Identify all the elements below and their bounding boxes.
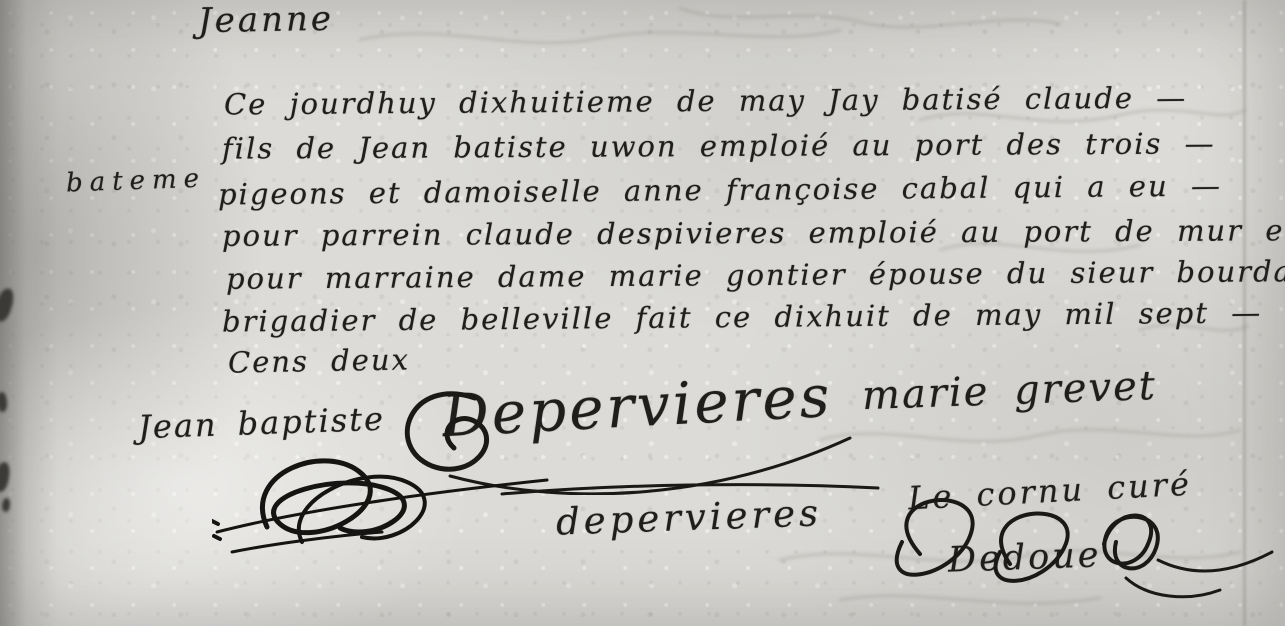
record-line: fils de Jean batiste uwon emploié au por…: [222, 126, 1216, 165]
record-line: pour marraine dame marie gontier épouse …: [226, 254, 1285, 295]
signature-depervieres-small: depervieres: [555, 491, 822, 543]
paper-edge-mark: [2, 498, 10, 512]
paper-edge-mark: [0, 391, 8, 412]
paper-edge-mark: [0, 287, 15, 324]
record-line: pour parrein claude despivieres emploié …: [222, 213, 1285, 253]
signature-marie-grevet: marie grevet: [861, 363, 1157, 419]
signature-depervieres-large: Depervieres: [440, 362, 833, 450]
signature-cure-paraph-name: Dedoue: [947, 535, 1102, 580]
record-line: pigeons et damoiselle anne françoise cab…: [218, 169, 1222, 212]
record-line: brigadier de belleville fait ce dixhuit …: [222, 295, 1262, 338]
record-line: Ce jourdhuy dixhuitieme de may Jay batis…: [224, 81, 1187, 122]
signature-flourish-jean-baptiste: [212, 432, 552, 577]
signature-jean-baptiste: Jean baptiste: [137, 400, 385, 447]
signature-cure: Le cornu curé: [907, 465, 1193, 518]
paper-edge-mark: [0, 461, 11, 492]
child-name-header: Jeanne: [198, 0, 335, 41]
margin-note: bateme: [66, 164, 207, 199]
scanned-document: Jeanne bateme Ce jourdhuy dixhuitieme de…: [0, 0, 1285, 626]
record-line: Cens deux: [228, 342, 410, 379]
